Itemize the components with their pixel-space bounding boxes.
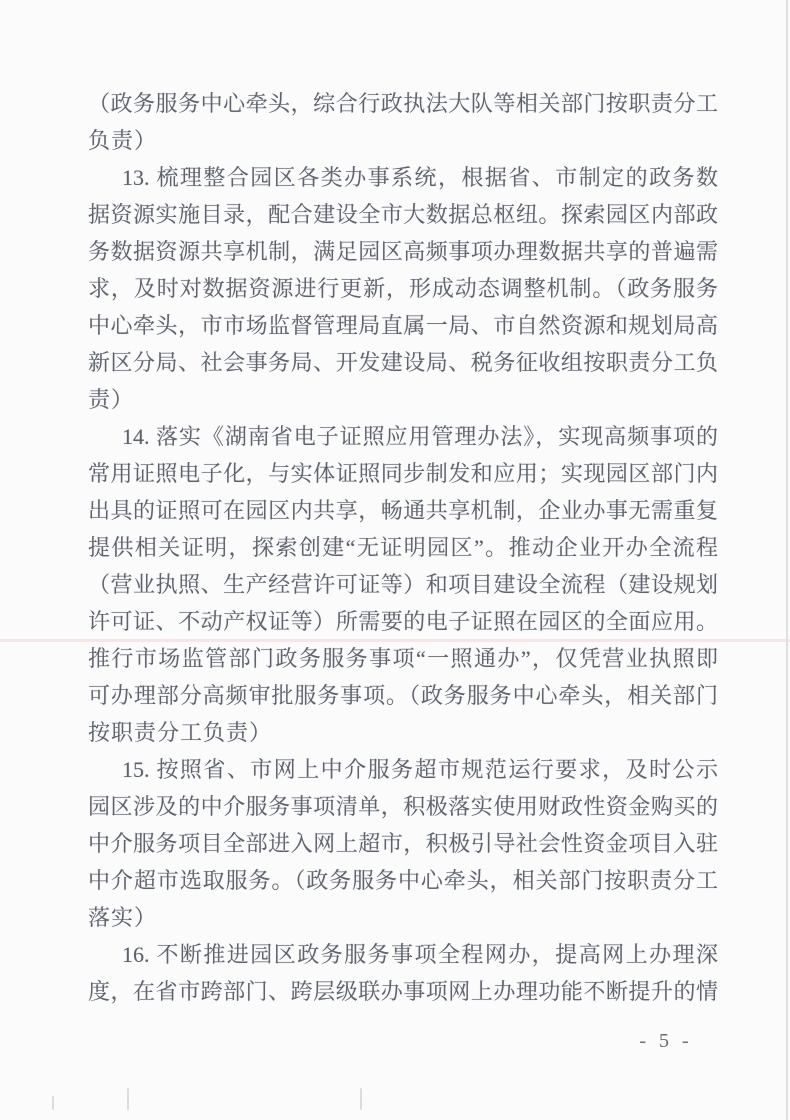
text-line: 责）: [88, 381, 718, 418]
text-line: 14. 落实《湖南省电子证照应用管理办法》，实现高频事项的: [88, 418, 718, 455]
text-line: 可办理部分高频审批服务事项。（政务服务中心牵头，相关部门: [88, 677, 718, 714]
text-line: 16. 不断推进园区政务服务事项全程网办，提高网上办理深: [88, 936, 718, 973]
text-line: （营业执照、生产经营许可证等）和项目建设全流程（建设规划: [88, 566, 718, 603]
scanned-document-page: （政务服务中心牵头，综合行政执法大队等相关部门按职责分工负责）13. 梳理整合园…: [0, 0, 790, 1120]
text-line: 中介服务项目全部进入网上超市，积极引导社会性资金项目入驻: [88, 825, 718, 862]
text-line: 新区分局、社会事务局、开发建设局、税务征收组按职责分工负: [88, 344, 718, 381]
page-number: - 5 -: [630, 1028, 702, 1054]
text-line: 中介超市选取服务。（政务服务中心牵头，相关部门按职责分工: [88, 862, 718, 899]
text-line: 落实）: [88, 899, 718, 936]
text-line: （政务服务中心牵头，综合行政执法大队等相关部门按职责分工: [88, 85, 718, 122]
text-line: 13. 梳理整合园区各类办事系统，根据省、市制定的政务数: [88, 159, 718, 196]
text-line: 负责）: [88, 122, 718, 159]
scan-artifact-edge-line: [786, 0, 788, 1120]
text-line: 园区涉及的中介服务事项清单，积极落实使用财政性资金购买的: [88, 788, 718, 825]
text-line: 常用证照电子化，与实体证照同步制发和应用；实现园区部门内: [88, 455, 718, 492]
text-line: 求，及时对数据资源进行更新，形成动态调整机制。（政务服务: [88, 270, 718, 307]
document-body: （政务服务中心牵头，综合行政执法大队等相关部门按职责分工负责）13. 梳理整合园…: [88, 85, 718, 1010]
text-line: 据资源实施目录，配合建设全市大数据总枢纽。探索园区内部政: [88, 196, 718, 233]
text-line: 推行市场监管部门政务服务事项“一照通办”，仅凭营业执照即: [88, 640, 718, 677]
text-line: 15. 按照省、市网上中介服务超市规范运行要求，及时公示: [88, 751, 718, 788]
text-line: 度，在省市跨部门、跨层级联办事项网上办理功能不断提升的情: [88, 973, 718, 1010]
scan-artifact-pink-line: [0, 639, 790, 642]
text-line: 中心牵头，市市场监督管理局直属一局、市自然资源和规划局高: [88, 307, 718, 344]
text-line: 按职责分工负责）: [88, 714, 718, 751]
text-line: 许可证、不动产权证等）所需要的电子证照在园区的全面应用。: [88, 603, 718, 640]
scan-artifact-dash: [52, 1096, 54, 1110]
scan-artifact-dash: [127, 1088, 129, 1110]
text-line: 务数据资源共享机制，满足园区高频事项办理数据共享的普遍需: [88, 233, 718, 270]
text-line: 提供相关证明，探索创建“无证明园区”。推动企业开办全流程: [88, 529, 718, 566]
text-line: 出具的证照可在园区内共享，畅通共享机制，企业办事无需重复: [88, 492, 718, 529]
scan-artifact-dash: [360, 1088, 362, 1110]
